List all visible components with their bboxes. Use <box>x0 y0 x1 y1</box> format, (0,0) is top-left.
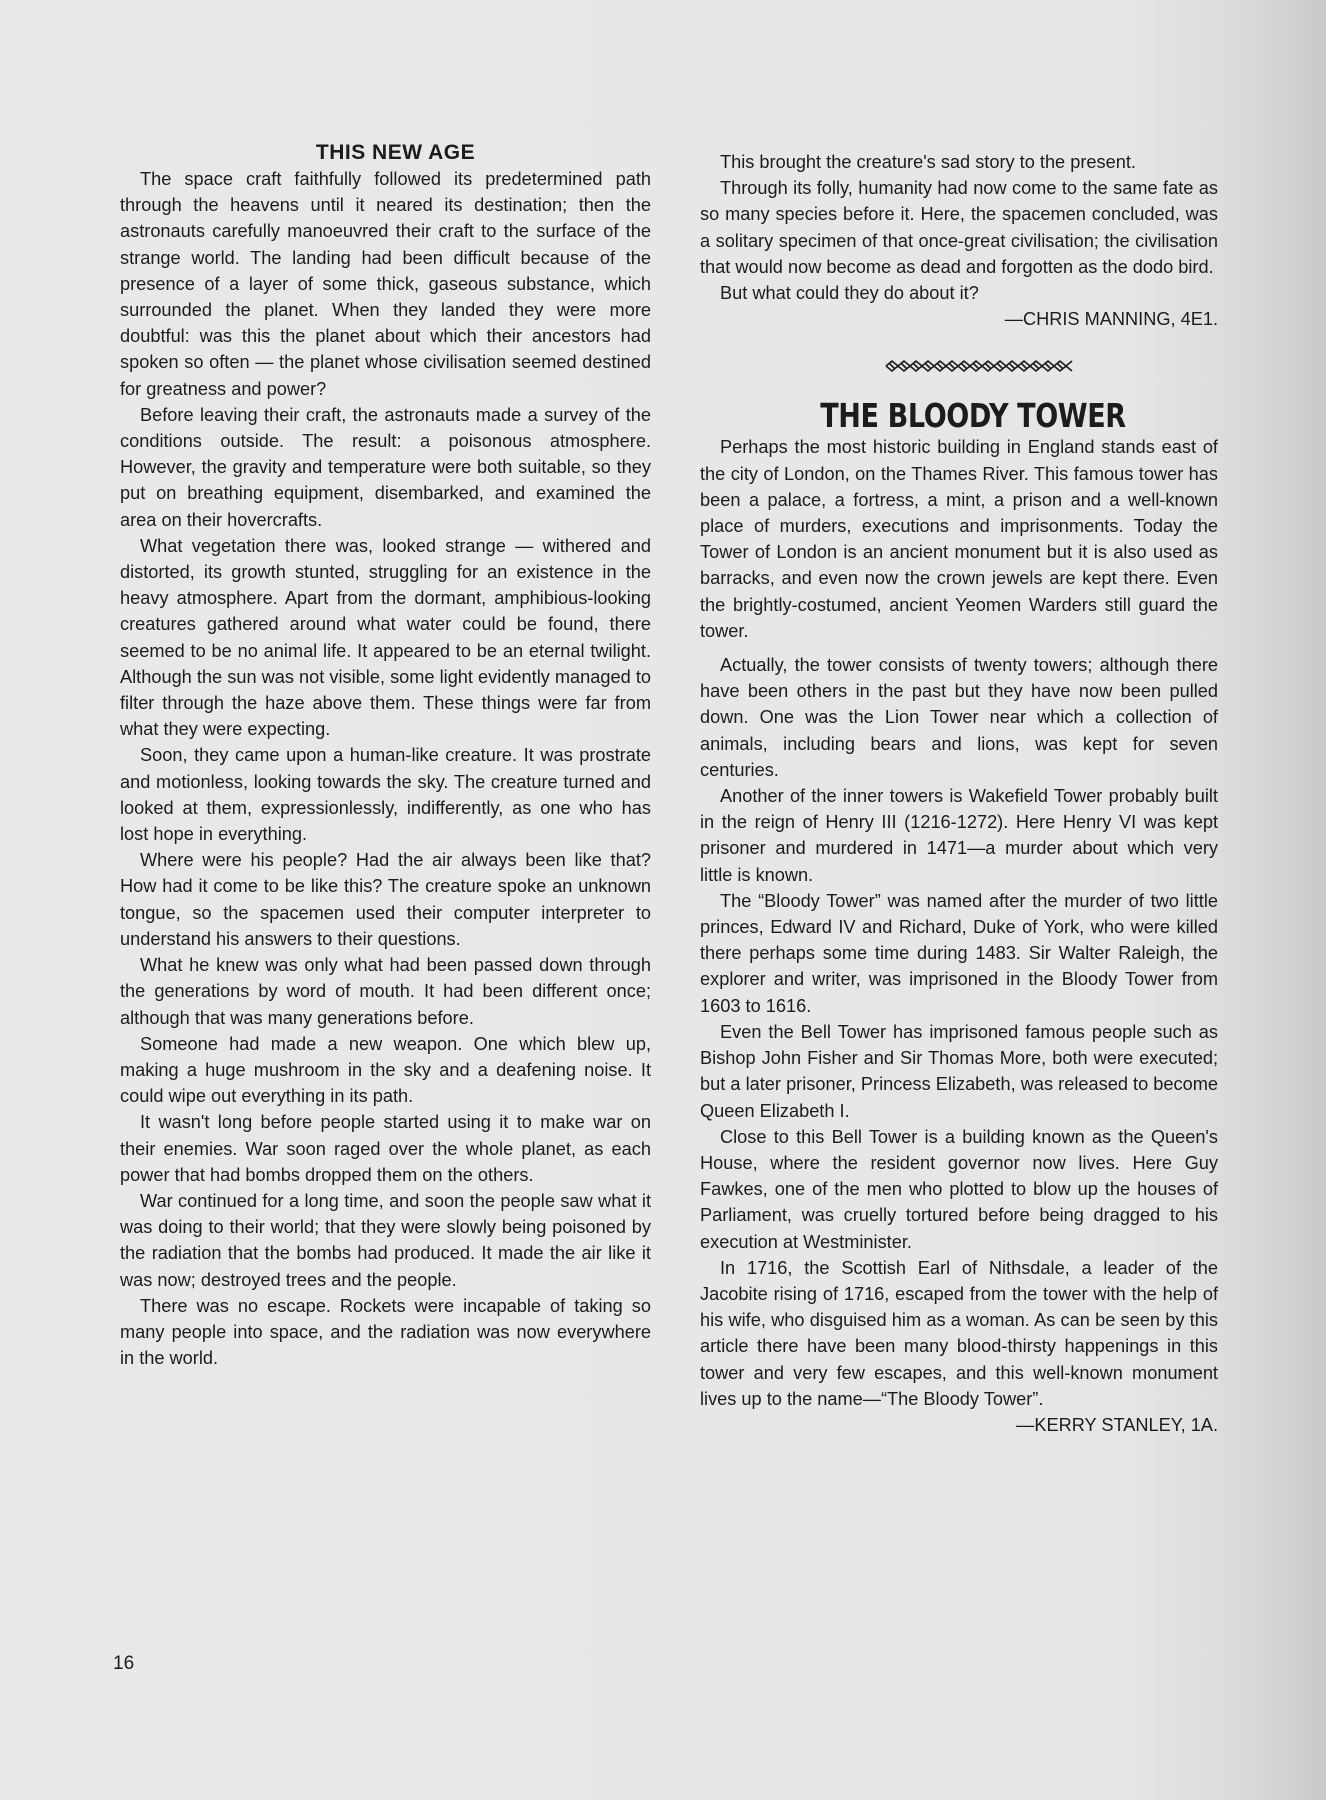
author-signature-kerry-stanley: —KERRY STANLEY, 1A. <box>700 1412 1218 1438</box>
paragraph: Someone had made a new weapon. One which… <box>120 1031 651 1110</box>
paragraph: Perhaps the most historic building in En… <box>700 434 1218 644</box>
paragraph: Before leaving their craft, the astronau… <box>120 402 651 533</box>
paragraph: But what could they do about it? <box>700 280 1218 306</box>
right-column: This brought the creature's sad story to… <box>700 149 1218 1438</box>
author-signature-chris-manning: —CHRIS MANNING, 4E1. <box>700 306 1218 332</box>
paragraph: What vegetation there was, looked strang… <box>120 533 651 743</box>
paragraph: This brought the creature's sad story to… <box>700 149 1218 175</box>
paragraph: What he knew was only what had been pass… <box>120 952 651 1031</box>
page-number: 16 <box>113 1653 134 1675</box>
paragraph: Soon, they came upon a human-like creatu… <box>120 742 651 847</box>
paragraph: Through its folly, humanity had now come… <box>700 175 1218 280</box>
paragraph: The space craft faithfully followed its … <box>120 166 651 402</box>
article-title-this-new-age: THIS NEW AGE <box>120 140 651 166</box>
paragraph: Even the Bell Tower has imprisoned famou… <box>700 1019 1218 1124</box>
paragraph: There was no escape. Rockets were incapa… <box>120 1293 651 1372</box>
paragraph: The “Bloody Tower” was named after the m… <box>700 888 1218 1019</box>
paragraph: Where were his people? Had the air alway… <box>120 847 651 952</box>
paragraph: Another of the inner towers is Wakefield… <box>700 783 1218 888</box>
paragraph: In 1716, the Scottish Earl of Nithsdale,… <box>700 1255 1218 1412</box>
paragraph: It wasn't long before people started usi… <box>120 1109 651 1188</box>
paragraph: War continued for a long time, and soon … <box>120 1188 651 1293</box>
article-title-the-bloody-tower: THE BLOODY TOWER <box>772 398 1174 434</box>
paragraph: Close to this Bell Tower is a building k… <box>700 1124 1218 1255</box>
paragraph: Actually, the tower consists of twenty t… <box>700 652 1218 783</box>
braided-ornament-divider-icon <box>700 354 1218 370</box>
left-column: THIS NEW AGE The space craft faithfully … <box>120 140 651 1371</box>
